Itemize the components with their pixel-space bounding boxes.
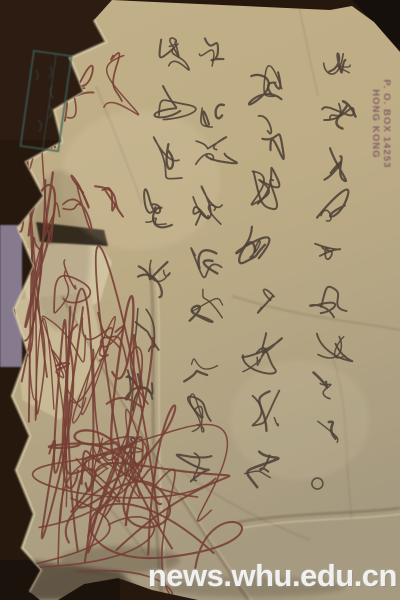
collection-stamp-divider <box>42 55 56 148</box>
po-box-line1: P. O. BOX 14253 <box>381 69 392 179</box>
watermark-text: news.whu.edu.cn <box>148 558 397 594</box>
letter-photograph: P. O. BOX 14253 HONG KONG news.whu.edu.c… <box>0 0 400 600</box>
po-box-line2: HONG KONG <box>370 69 381 179</box>
po-box-stamp: P. O. BOX 14253 HONG KONG <box>370 69 392 179</box>
